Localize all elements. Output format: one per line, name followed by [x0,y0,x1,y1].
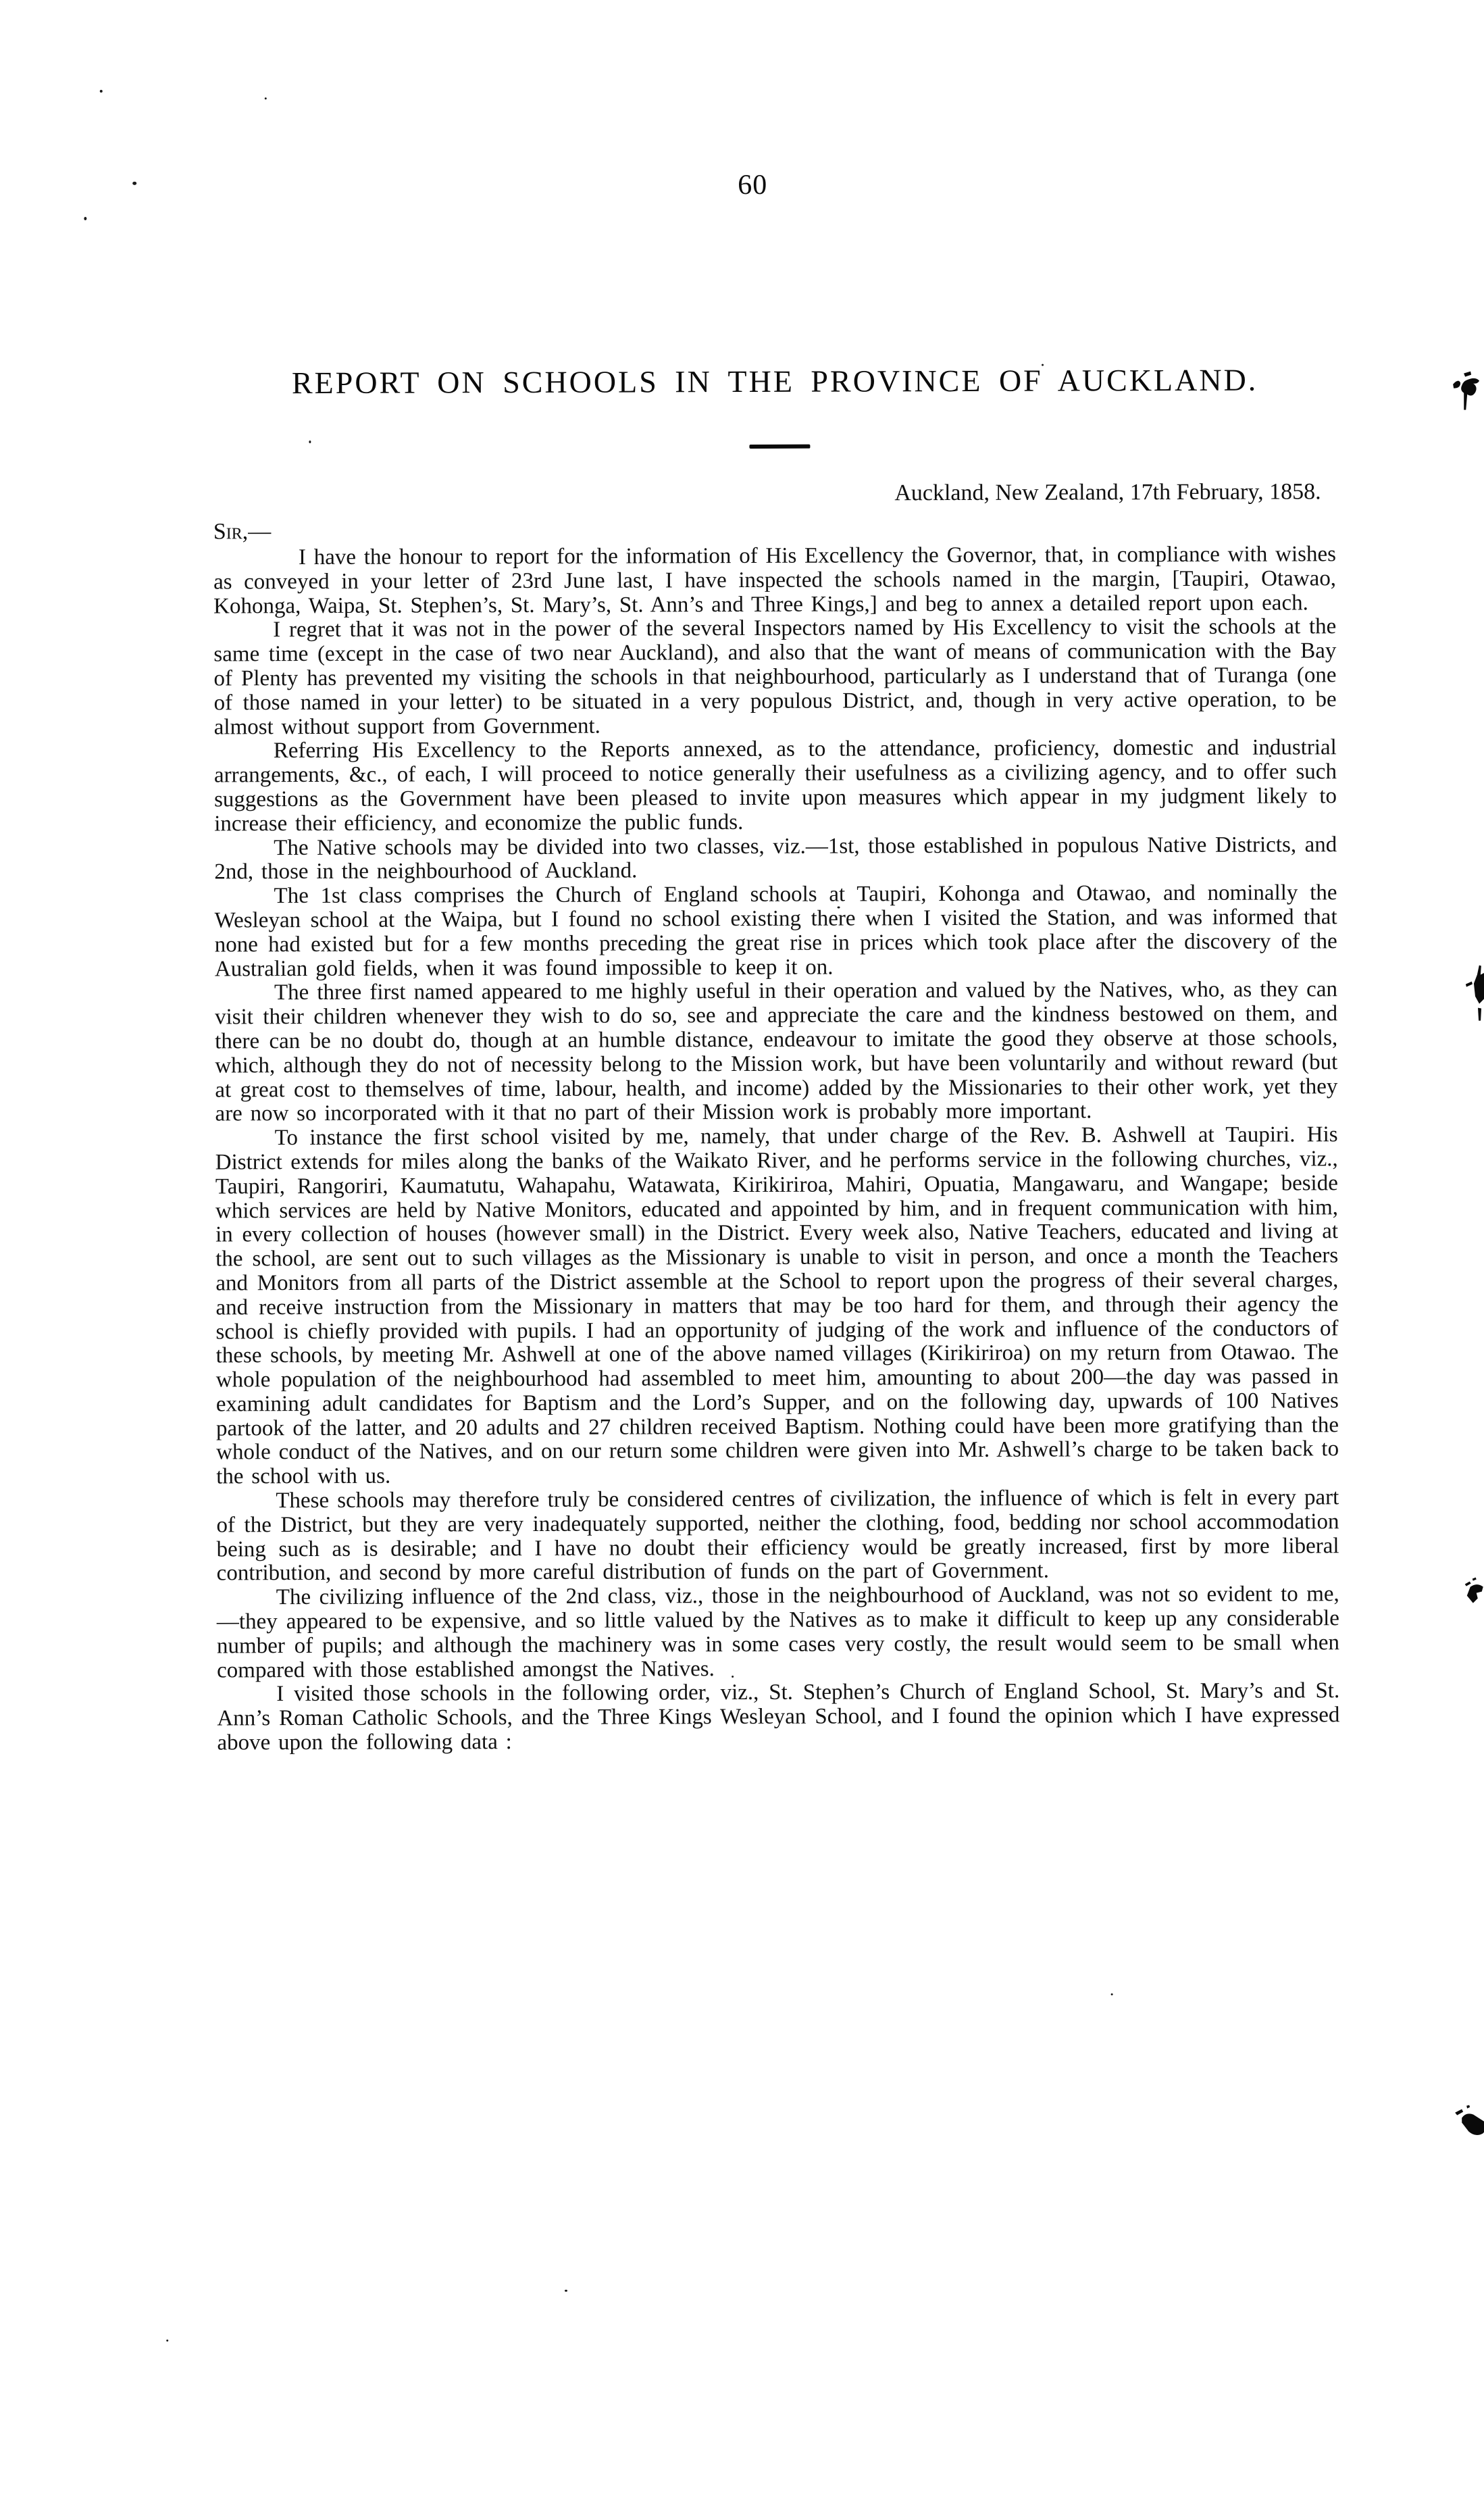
dust-speck [732,1676,734,1678]
dust-speck [1269,755,1271,757]
paragraph: To instance the first school visited by … [215,1123,1339,1489]
paragraph: I visited those schools in the following… [217,1680,1339,1756]
paragraph: The three first named appeared to me hig… [215,978,1338,1127]
paragraph: The 1st class comprises the Church of En… [214,881,1337,981]
dust-speck [1042,364,1044,366]
ink-blot-artifact [1464,966,1484,1022]
dust-speck [565,2290,567,2292]
paragraph: The civilizing influence of the 2nd clas… [217,1582,1339,1682]
dust-speck [838,907,840,909]
dust-speck [100,90,103,93]
salutation: Sir,— [213,519,272,545]
page-content: 60 REPORT ON SCHOOLS IN THE PROVINCE OF … [0,0,1484,2506]
paragraph: I regret that it was not in the power of… [213,616,1337,740]
dust-speck [265,97,267,99]
paragraph: Referring His Excellency to the Reports … [214,736,1337,836]
paragraph: The Native schools may be divided into t… [214,833,1337,885]
dateline: Auckland, New Zealand, 17th February, 18… [213,479,1321,508]
dust-speck [166,2340,168,2342]
scanned-document-page: 60 REPORT ON SCHOOLS IN THE PROVINCE OF … [0,0,1484,2506]
paragraph: I have the honour to report for the info… [213,543,1336,619]
dust-speck [1111,1993,1113,1995]
page-title: REPORT ON SCHOOLS IN THE PROVINCE OF AUC… [167,361,1383,401]
dust-speck [132,182,136,185]
letter-body: I have the honour to report for the info… [213,543,1340,1755]
dust-speck [309,441,311,443]
ink-blot-artifact [1461,1578,1484,1606]
ink-blot-artifact [1450,371,1484,413]
title-divider-rule [749,445,810,449]
page-number: 60 [212,167,1293,203]
paragraph: These schools may therefore truly be con… [216,1486,1339,1586]
ink-blot-artifact [1452,2105,1484,2140]
dust-speck [84,217,86,220]
